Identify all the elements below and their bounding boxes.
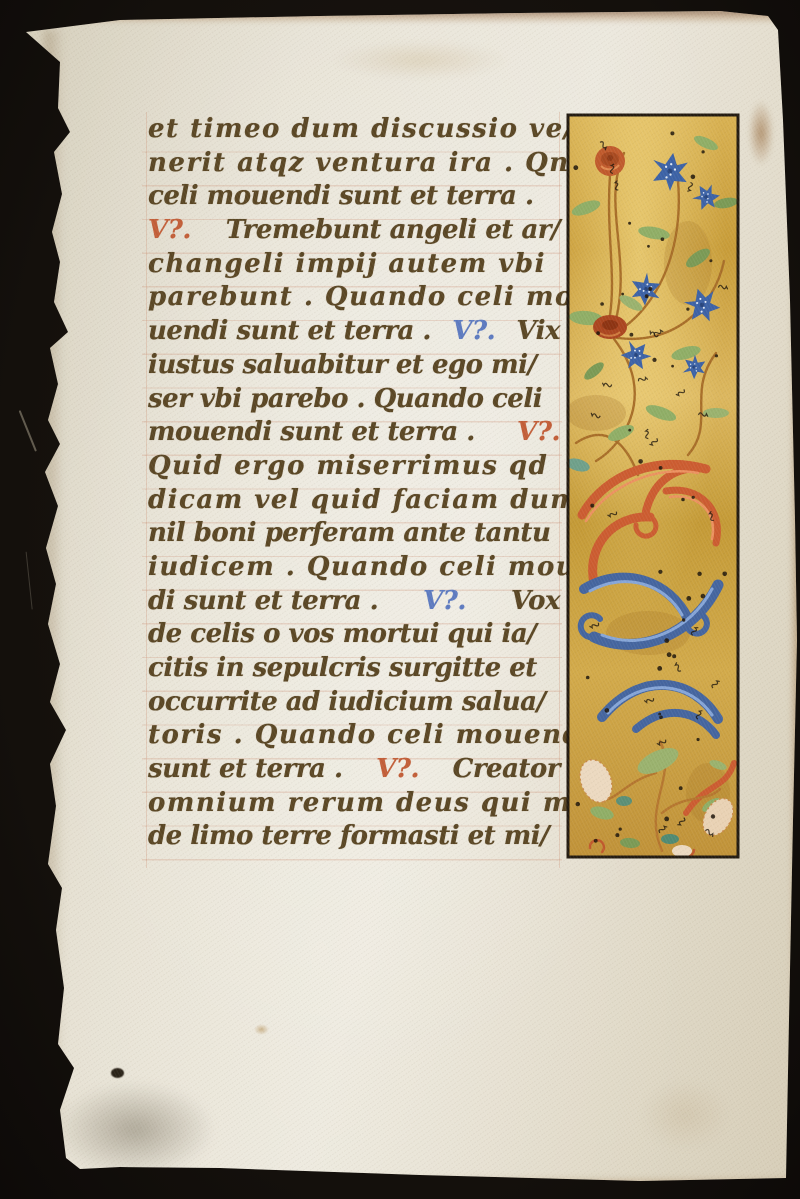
manuscript-photo: et timeo dum discussio ve/nerit atqz ven… (0, 0, 800, 1199)
vellum-texture (0, 0, 800, 1199)
vellum-leaf: et timeo dum discussio ve/nerit atqz ven… (0, 0, 800, 1199)
stray-fiber (25, 552, 32, 610)
stray-fiber (19, 410, 37, 451)
